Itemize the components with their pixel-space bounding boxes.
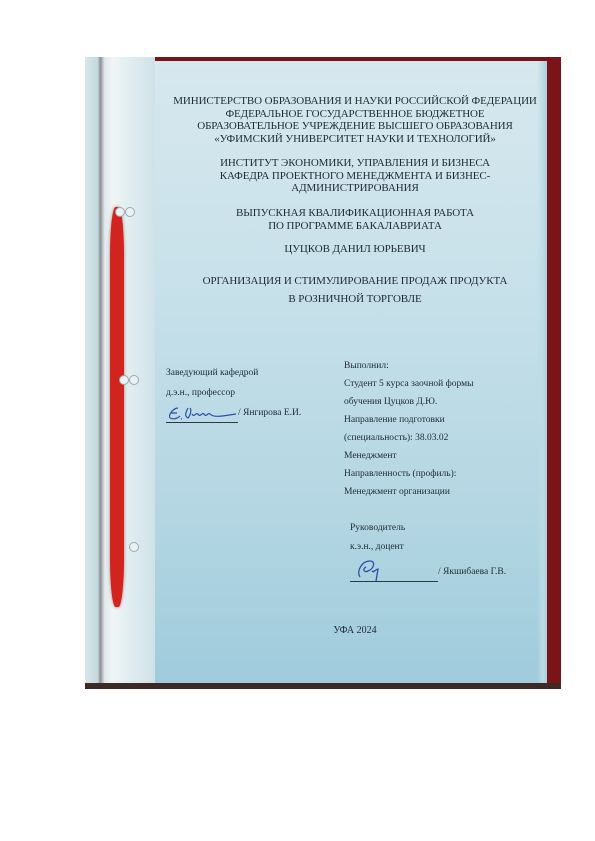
city-year: УФА 2024 (155, 625, 555, 636)
topic-line: В РОЗНИЧНОЙ ТОРГОВЛЕ (155, 293, 555, 306)
student-block: Выполнил: Студент 5 курса заочной формы … (344, 357, 474, 501)
supervisor-name: / Якшибаева Г.В. (438, 567, 506, 577)
work-type-line: ВЫПУСКНАЯ КВАЛИФИКАЦИОННАЯ РАБОТА (155, 207, 555, 220)
supervisor-block: Руководитель к.э.н., доцент / Якшибаева … (350, 519, 506, 582)
student-info-line: Направление подготовки (344, 411, 474, 429)
department-line: АДМИНИСТРИРОВАНИЯ (155, 182, 555, 195)
ministry-header: МИНИСТЕРСТВО ОБРАЗОВАНИЯ И НАУКИ РОССИЙС… (155, 95, 555, 145)
head-of-department-block: Заведующий кафедрой д.э.н., профессор / … (166, 363, 301, 423)
signature-icon (166, 402, 238, 424)
student-info-line: Менеджмент организации (344, 483, 474, 501)
author-name: ЦУЦКОВ ДАНИЛ ЮРЬЕВИЧ (155, 243, 555, 256)
document-photo: МИНИСТЕРСТВО ОБРАЗОВАНИЯ И НАУКИ РОССИЙС… (85, 57, 561, 689)
ministry-line: МИНИСТЕРСТВО ОБРАЗОВАНИЯ И НАУКИ РОССИЙС… (155, 95, 555, 108)
university-name: «УФИМСКИЙ УНИВЕРСИТЕТ НАУКИ И ТЕХНОЛОГИЙ… (155, 133, 555, 146)
signature-icon (350, 555, 438, 583)
student-info-line: обучения Цуцков Д.Ю. (344, 393, 474, 411)
completed-by-label: Выполнил: (344, 357, 474, 375)
institute-line: ИНСТИТУТ ЭКОНОМИКИ, УПРАВЛЕНИЯ И БИЗНЕСА (155, 157, 555, 170)
head-name: / Янгирова Е.И. (238, 408, 301, 418)
topic-line: ОРГАНИЗАЦИЯ И СТИМУЛИРОВАНИЕ ПРОДАЖ ПРОД… (155, 275, 555, 288)
head-degree: д.э.н., профессор (166, 383, 301, 403)
document-text: МИНИСТЕРСТВО ОБРАЗОВАНИЯ И НАУКИ РОССИЙС… (85, 57, 561, 689)
student-info-line: Студент 5 курса заочной формы (344, 375, 474, 393)
signature-line (166, 406, 238, 423)
thesis-topic: ОРГАНИЗАЦИЯ И СТИМУЛИРОВАНИЕ ПРОДАЖ ПРОД… (155, 275, 555, 305)
supervisor-role: Руководитель (350, 519, 506, 538)
signature-line (350, 563, 438, 582)
student-info-line: Направленность (профиль): (344, 465, 474, 483)
institute-header: ИНСТИТУТ ЭКОНОМИКИ, УПРАВЛЕНИЯ И БИЗНЕСА… (155, 157, 555, 195)
work-type-line: ПО ПРОГРАММЕ БАКАЛАВРИАТА (155, 220, 555, 233)
head-signature-row: / Янгирова Е.И. (166, 403, 301, 423)
department-line: КАФЕДРА ПРОЕКТНОГО МЕНЕДЖМЕНТА И БИЗНЕС- (155, 170, 555, 183)
student-info-line: Менеджмент (344, 447, 474, 465)
ministry-line: ОБРАЗОВАТЕЛЬНОЕ УЧРЕЖДЕНИЕ ВЫСШЕГО ОБРАЗ… (155, 120, 555, 133)
ministry-line: ФЕДЕРАЛЬНОЕ ГОСУДАРСТВЕННОЕ БЮДЖЕТНОЕ (155, 108, 555, 121)
supervisor-signature-row: / Якшибаева Г.В. (350, 563, 506, 582)
student-info-line: (специальность): 38.03.02 (344, 429, 474, 447)
work-type: ВЫПУСКНАЯ КВАЛИФИКАЦИОННАЯ РАБОТА ПО ПРО… (155, 207, 555, 232)
head-role: Заведующий кафедрой (166, 363, 301, 383)
